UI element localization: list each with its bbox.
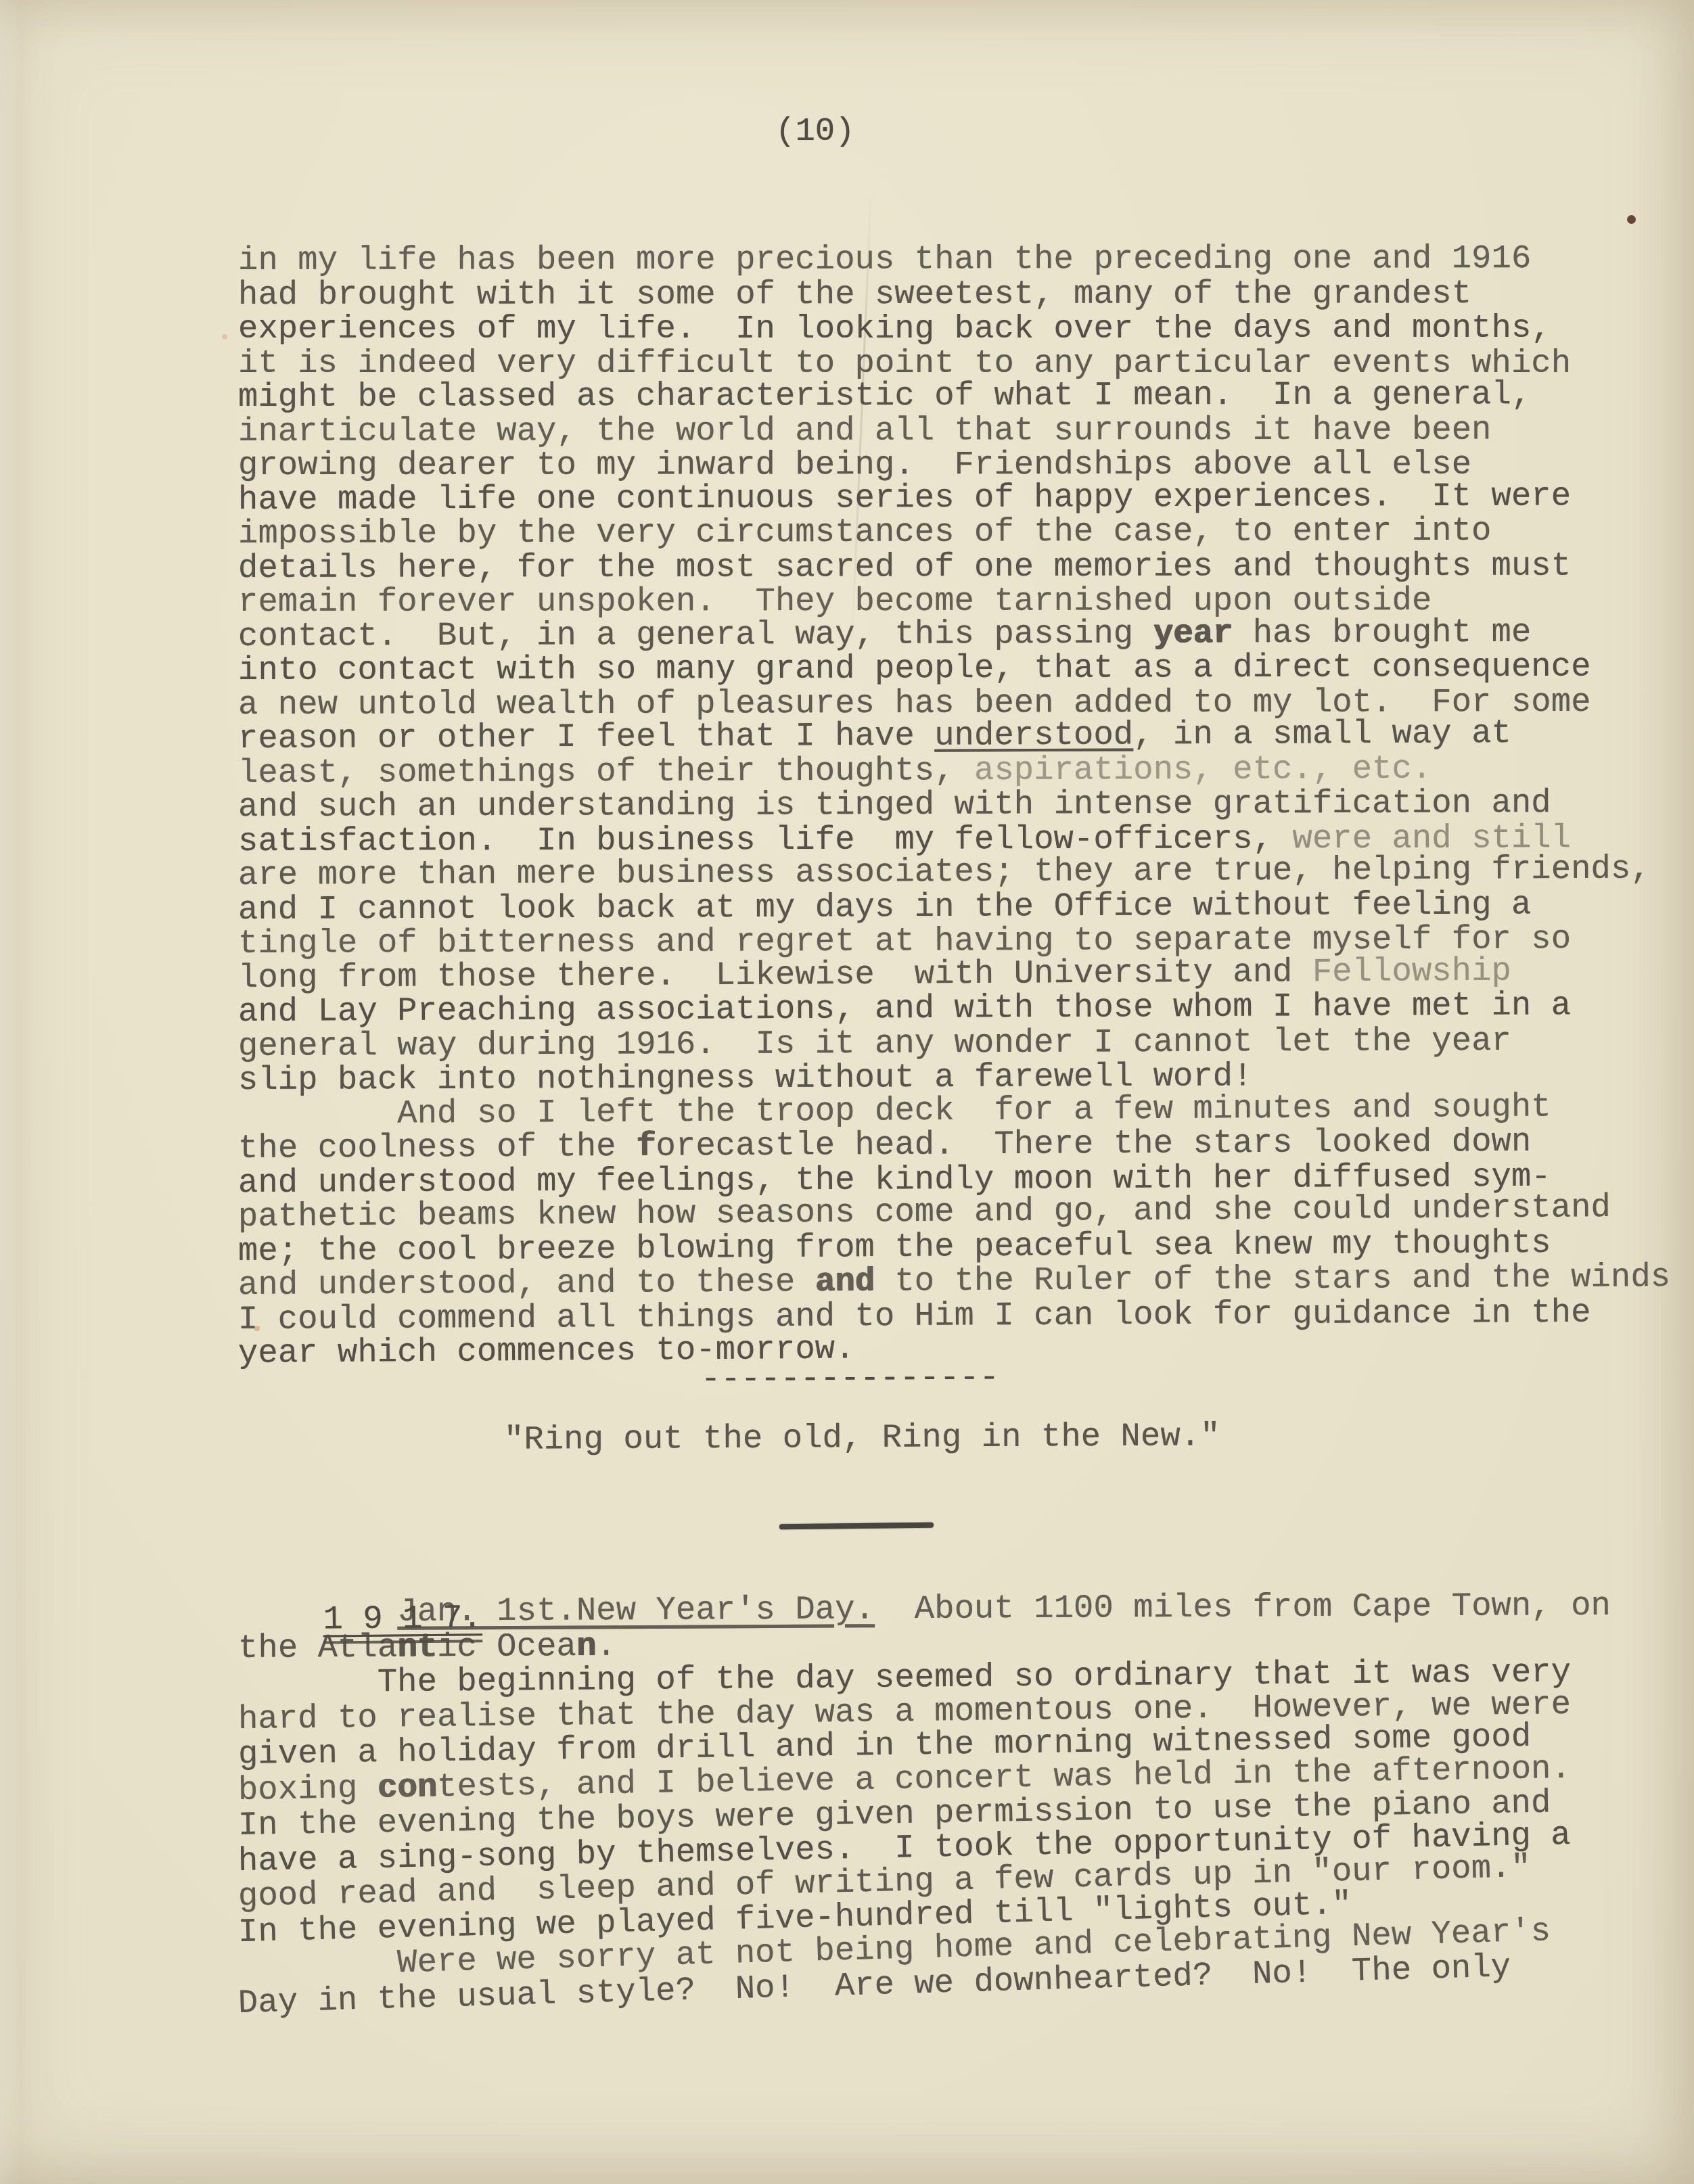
text-line: details here, for the most sacred of one… <box>238 549 1670 585</box>
text-segment: and <box>815 1263 875 1301</box>
text-line: into contact with so many grand people, … <box>238 649 1670 687</box>
text-segment: might be classed as characteristic of wh… <box>238 375 1531 416</box>
text-segment: understood <box>934 716 1133 754</box>
text-segment: in my life has been more precious than t… <box>238 239 1531 279</box>
text-line: have made life one continuous series of … <box>238 478 1670 517</box>
text-line: had brought with it some of the sweetest… <box>238 277 1670 312</box>
text-segment: inarticulate way, the world and all that… <box>238 411 1492 450</box>
text-segment: About 1100 miles from Cape Town, on <box>875 1587 1611 1629</box>
text-segment: the coolness of the <box>238 1128 636 1167</box>
reflection-1916-paragraph: in my life has been more precious than t… <box>238 243 1670 1371</box>
typed-underscore-divider <box>779 1523 934 1530</box>
text-segment: Fellowship <box>1312 952 1511 991</box>
typed-dash-divider: --------------- <box>701 1362 999 1397</box>
text-segment <box>238 1593 398 1631</box>
text-segment: details here, for the most sacred of one… <box>238 547 1571 586</box>
speck-left-margin <box>222 334 227 340</box>
text-segment: nt <box>397 1628 437 1666</box>
text-segment: aspirations, etc., etc. <box>974 749 1432 789</box>
text-line: experiences of my life. In looking back … <box>238 311 1670 346</box>
speck-mid-left <box>254 1326 260 1331</box>
page-number: (10) <box>775 112 855 150</box>
scan-edge-highlight <box>0 0 20 2184</box>
text-line: and such an understanding is tinged with… <box>238 786 1670 824</box>
text-segment: ic Ocea <box>437 1627 576 1666</box>
text-segment: . <box>596 1627 616 1665</box>
text-segment: had brought with it some of the sweetest… <box>238 275 1471 314</box>
text-segment: Jan. 1st.New Year's Day. <box>397 1590 875 1631</box>
text-segment: has brought me <box>1233 613 1531 651</box>
text-line: might be classed as characteristic of wh… <box>238 377 1670 414</box>
ink-dot-top-right <box>1627 215 1636 224</box>
typewritten-diary-page: (10) in my life has been more precious t… <box>0 0 1694 2184</box>
text-segment: , in a small way at <box>1133 714 1511 753</box>
text-segment: con <box>377 1768 437 1807</box>
text-segment: the Atla <box>238 1628 398 1667</box>
text-line: general way during 1916. Is it any wonde… <box>238 1023 1670 1063</box>
text-segment: boxing <box>238 1769 378 1809</box>
text-segment: impossible by the very circumstances of … <box>238 512 1492 553</box>
jan-1-1917-entry-paragraph: Jan. 1st.New Year's Day. About 1100 mile… <box>238 1595 1611 2021</box>
text-line: reason or other I feel that I have under… <box>238 716 1670 756</box>
text-line: in my life has been more precious than t… <box>238 241 1670 278</box>
new-year-quote: "Ring out the old, Ring in the New." <box>504 1417 1220 1459</box>
text-segment: n <box>576 1627 597 1665</box>
text-segment: experiences of my life. In looking back … <box>238 309 1551 348</box>
text-segment: f <box>636 1128 656 1165</box>
text-line: inarticulate way, the world and all that… <box>238 413 1670 448</box>
text-line: impossible by the very circumstances of … <box>238 513 1670 551</box>
text-segment: year <box>1153 614 1233 652</box>
